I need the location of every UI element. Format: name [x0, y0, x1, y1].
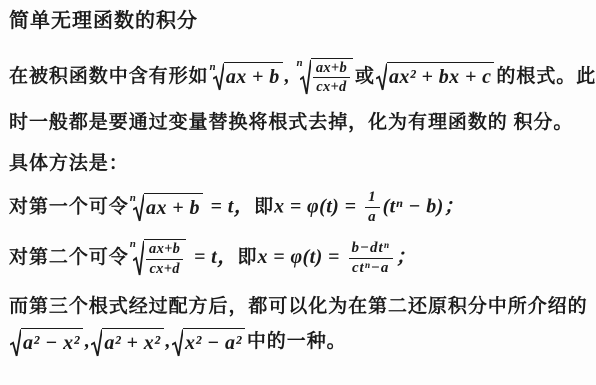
text-run: 在被积函数中含有形如 — [9, 66, 209, 87]
equation-run: = t， — [211, 195, 255, 217]
text-run: 或 — [355, 66, 375, 87]
equation-run: x = φ(t) = — [257, 246, 339, 268]
paragraph-forms: 在被积函数中含有形如nax + b, nax+bcx+d或ax² + bx + … — [9, 59, 588, 96]
sqrt-a2-minus-x2: a² − x² — [10, 328, 83, 357]
radicand: a² + x² — [102, 328, 163, 357]
radical-sign-icon — [10, 328, 21, 357]
fraction: ax+bcx+d — [313, 60, 350, 95]
paragraph-case1: 对第一个可令nax + b = t，即x = φ(t) = 1a(tⁿ − b)… — [9, 190, 588, 227]
paragraph-lead-in: 具体方法是： — [9, 151, 588, 177]
paragraph-method: 时一般都是要通过变量替换将根式去掉，化为有理函数的 积分。 — [9, 110, 588, 136]
page-title: 简单无理函数的积分 — [9, 8, 588, 35]
fraction-numerator: b−dtⁿ — [349, 240, 393, 259]
separator: , — [166, 330, 171, 352]
root-index: n — [130, 237, 136, 252]
equation-run: = t， — [194, 246, 238, 268]
document-page: 简单无理函数的积分 在被积函数中含有形如nax + b, nax+bcx+d或a… — [0, 0, 596, 358]
text-run: 即 — [254, 196, 274, 217]
sqrt-x2-minus-a2: x² − a² — [172, 328, 245, 357]
fraction-denominator: cx+d — [149, 260, 179, 277]
radical-sign-icon — [172, 328, 183, 357]
radicand: a² − x² — [21, 328, 83, 357]
paragraph-standard-roots: a² − x²,a² + x²,x² − a²中的一种。 — [9, 328, 588, 357]
nth-root-linear: nax + b — [210, 62, 283, 91]
root-index: n — [296, 56, 302, 71]
equation-run: x = φ(t) = — [274, 195, 356, 217]
radicand: ax² + bx + c — [387, 62, 494, 91]
radical-sign-icon — [91, 328, 102, 357]
fraction-numerator: 1 — [365, 189, 379, 208]
fraction: ax+bcx+d — [146, 241, 183, 276]
radical-sign-icon — [376, 62, 387, 91]
fraction: b−dtⁿctⁿ−a — [349, 240, 393, 277]
fraction-denominator: a — [368, 208, 376, 226]
fraction: 1a — [365, 189, 379, 226]
radicand: ax + b — [144, 193, 203, 222]
radicand: ax+bcx+d — [311, 58, 353, 95]
text-run: 对第一个可令 — [9, 196, 129, 217]
separator: , — [85, 330, 90, 352]
paragraph-case3: 而第三个根式经过配方后，都可以化为在第二还原积分中所介绍的 — [9, 294, 588, 320]
sqrt-quadratic: ax² + bx + c — [376, 62, 494, 91]
equation-run: (tⁿ − b)； — [383, 195, 465, 217]
text-run: 即 — [238, 247, 258, 268]
root-index: n — [130, 191, 136, 206]
nth-root-fraction: nax+bcx+d — [296, 58, 353, 95]
radicand: ax + b — [224, 62, 283, 91]
fraction-numerator: ax+b — [146, 241, 183, 259]
radicand: x² − a² — [183, 328, 245, 357]
text-run: 的根式。此 — [496, 66, 596, 87]
paragraph-case2: 对第二个可令nax+bcx+d = t，即x = φ(t) = b−dtⁿctⁿ… — [9, 240, 588, 277]
separator: , — [285, 65, 296, 87]
sqrt-a2-plus-x2: a² + x² — [91, 328, 163, 357]
equation-run: ； — [396, 246, 416, 268]
fraction-numerator: ax+b — [313, 60, 350, 78]
radicand: ax+bcx+d — [144, 239, 186, 276]
fraction-denominator: ctⁿ−a — [352, 259, 389, 277]
nth-root-linear: nax + b — [130, 193, 203, 222]
text-run: 中的一种。 — [247, 331, 347, 352]
fraction-denominator: cx+d — [316, 78, 346, 95]
nth-root-fraction: nax+bcx+d — [130, 239, 187, 276]
text-run: 对第二个可令 — [9, 247, 129, 268]
root-index: n — [210, 60, 216, 75]
